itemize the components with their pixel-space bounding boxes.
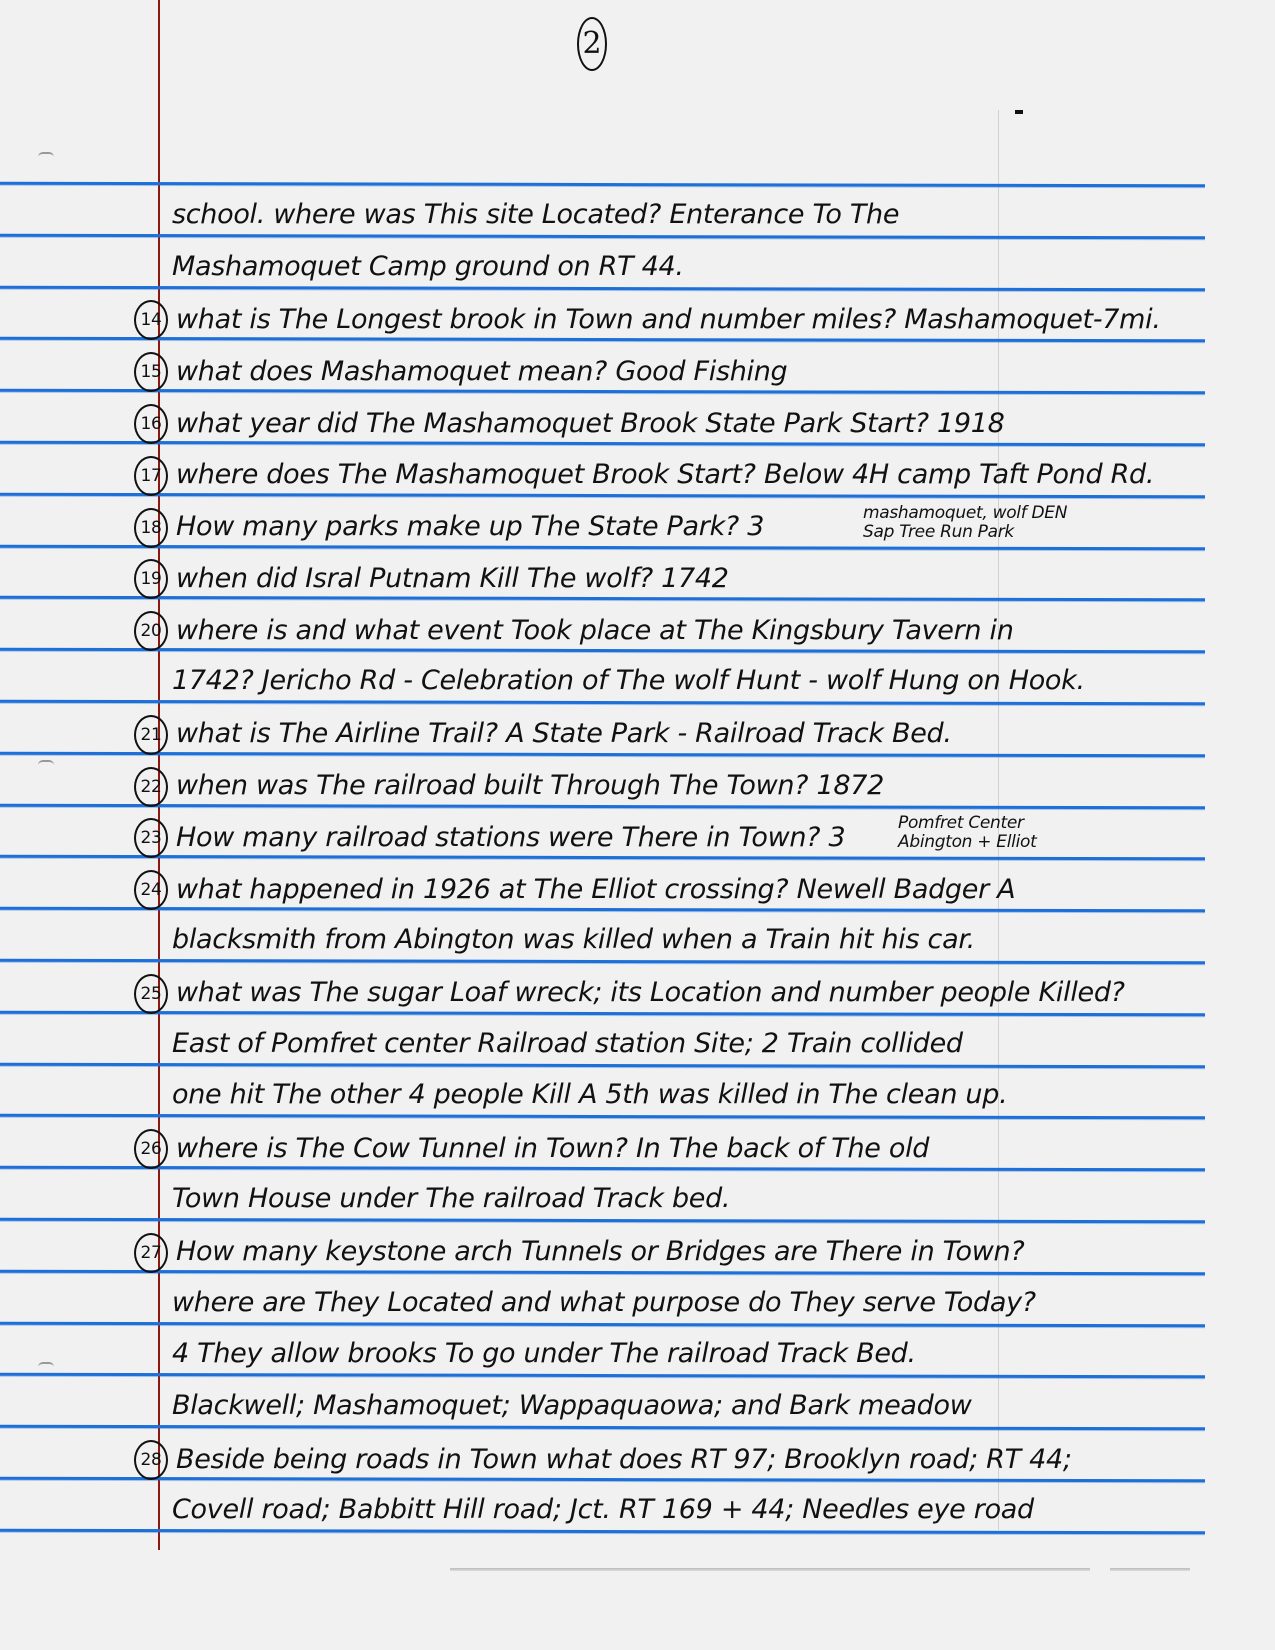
line-text: what was The sugar Loaf wreck; its Locat… <box>172 977 1125 1008</box>
question-line: 14what is The Longest brook in Town and … <box>168 300 1208 336</box>
line-text: where is The Cow Tunnel in Town? In The … <box>172 1133 929 1164</box>
ruled-line <box>0 1218 1205 1224</box>
ruled-line <box>0 648 1205 654</box>
continuation-line: blacksmith from Abington was killed when… <box>168 922 1208 958</box>
ruled-line <box>0 1321 1205 1327</box>
question-line: 20where is and what event Took place at … <box>168 611 1208 647</box>
line-text: East of Pomfret center Railroad station … <box>168 1028 963 1059</box>
question-line: 18How many parks make up The State Park?… <box>168 508 1208 544</box>
line-text: what is The Airline Trail? A State Park … <box>172 718 952 749</box>
line-text: Town House under The railroad Track bed. <box>168 1183 730 1214</box>
question-number: 16 <box>134 404 168 444</box>
ruled-line <box>0 1425 1205 1431</box>
question-line: 19when did Isral Putnam Kill The wolf? 1… <box>168 559 1208 595</box>
question-number: 26 <box>134 1129 168 1169</box>
ruled-line <box>0 389 1205 395</box>
margin-note: mashamoquet, wolf DENSap Tree Run Park <box>863 504 1067 542</box>
question-line: 17where does The Mashamoquet Brook Start… <box>168 456 1208 492</box>
line-text: what happened in 1926 at The Elliot cros… <box>172 874 1015 905</box>
line-text: Mashamoquet Camp ground on RT 44. <box>168 251 684 282</box>
margin-note: Pomfret CenterAbington + Elliot <box>898 814 1036 852</box>
ruled-line <box>0 700 1205 706</box>
ruled-line <box>0 1529 1205 1535</box>
question-number: 18 <box>134 508 168 548</box>
ruled-line <box>0 182 1205 188</box>
ruled-line <box>0 596 1205 602</box>
line-text: 1742? Jericho Rd - Celebration of The wo… <box>168 665 1085 696</box>
continuation-line: Mashamoquet Camp ground on RT 44. <box>168 249 1208 285</box>
question-number: 20 <box>134 611 168 651</box>
continuation-line: East of Pomfret center Railroad station … <box>168 1026 1208 1062</box>
question-number: 25 <box>134 974 168 1014</box>
line-text: How many parks make up The State Park? 3 <box>172 511 764 542</box>
question-line: 24what happened in 1926 at The Elliot cr… <box>168 870 1208 906</box>
ruled-line <box>0 803 1205 809</box>
line-text: blacksmith from Abington was killed when… <box>168 924 975 955</box>
ruled-line <box>0 752 1205 758</box>
question-line: 26where is The Cow Tunnel in Town? In Th… <box>168 1129 1208 1165</box>
margin-note-line: mashamoquet, wolf DEN <box>863 504 1067 523</box>
line-text: what does Mashamoquet mean? Good Fishing <box>172 356 787 387</box>
line-text: Blackwell; Mashamoquet; Wappaquaowa; and… <box>168 1390 972 1421</box>
question-number: 23 <box>134 818 168 858</box>
line-text: when was The railroad built Through The … <box>172 770 884 801</box>
line-text: Beside being roads in Town what does RT … <box>172 1444 1072 1475</box>
line-text: what is The Longest brook in Town and nu… <box>172 304 1161 335</box>
ruled-line <box>0 493 1205 499</box>
line-text: what year did The Mashamoquet Brook Stat… <box>172 408 1005 439</box>
line-text: How many railroad stations were There in… <box>172 822 845 853</box>
question-line: 22when was The railroad built Through Th… <box>168 767 1208 803</box>
question-number: 15 <box>134 352 168 392</box>
continuation-line: school. where was This site Located? Ent… <box>168 197 1208 233</box>
ruled-line <box>0 1062 1205 1068</box>
ruled-line <box>0 1477 1205 1483</box>
question-line: 16what year did The Mashamoquet Brook St… <box>168 404 1208 440</box>
question-number: 21 <box>134 715 168 755</box>
hole-mark <box>38 760 54 765</box>
ruled-line <box>0 907 1205 913</box>
ruled-line <box>0 1114 1205 1120</box>
continuation-line: Covell road; Babbitt Hill road; Jct. RT … <box>168 1492 1208 1528</box>
hole-mark <box>38 152 54 157</box>
margin-note-line: Abington + Elliot <box>898 833 1036 852</box>
ruled-line <box>0 855 1205 861</box>
line-text: where are They Located and what purpose … <box>168 1287 1036 1318</box>
ruled-line <box>0 441 1205 447</box>
line-text: one hit The other 4 people Kill A 5th wa… <box>168 1079 1007 1110</box>
ruled-line <box>0 234 1205 240</box>
line-text: Covell road; Babbitt Hill road; Jct. RT … <box>168 1494 1034 1525</box>
ruled-line <box>0 959 1205 965</box>
ruled-line <box>0 1011 1205 1017</box>
line-text: where does The Mashamoquet Brook Start? … <box>172 459 1154 490</box>
ruled-line <box>0 544 1205 550</box>
ruled-line <box>0 285 1205 291</box>
ruled-line <box>0 1373 1205 1379</box>
notebook-page: 2 school. where was This site Located? E… <box>0 0 1275 1650</box>
scan-smudge <box>1110 1568 1190 1571</box>
ruled-line <box>0 1270 1205 1276</box>
question-line: 25what was The sugar Loaf wreck; its Loc… <box>168 974 1208 1010</box>
continuation-line: 4 They allow brooks To go under The rail… <box>168 1336 1208 1372</box>
question-number: 14 <box>134 300 168 340</box>
continuation-line: 1742? Jericho Rd - Celebration of The wo… <box>168 663 1208 699</box>
continuation-line: where are They Located and what purpose … <box>168 1285 1208 1321</box>
hole-mark <box>38 1362 54 1367</box>
continuation-line: Blackwell; Mashamoquet; Wappaquaowa; and… <box>168 1388 1208 1424</box>
continuation-line: one hit The other 4 people Kill A 5th wa… <box>168 1077 1208 1113</box>
question-number: 19 <box>134 559 168 599</box>
line-text: How many keystone arch Tunnels or Bridge… <box>172 1236 1024 1267</box>
question-line: 27How many keystone arch Tunnels or Brid… <box>168 1233 1208 1269</box>
margin-note-line: Sap Tree Run Park <box>863 523 1067 542</box>
question-number: 17 <box>134 456 168 496</box>
question-number: 22 <box>134 767 168 807</box>
question-line: 23How many railroad stations were There … <box>168 818 1208 854</box>
margin-note-line: Pomfret Center <box>898 814 1036 833</box>
scan-smudge <box>450 1568 1090 1571</box>
ruled-line <box>0 1166 1205 1172</box>
question-number: 24 <box>134 870 168 910</box>
ink-speck <box>1015 110 1023 114</box>
line-text: 4 They allow brooks To go under The rail… <box>168 1338 916 1369</box>
line-text: where is and what event Took place at Th… <box>172 615 1014 646</box>
question-line: 21what is The Airline Trail? A State Par… <box>168 715 1208 751</box>
ruled-line <box>0 337 1205 343</box>
line-text: school. where was This site Located? Ent… <box>168 199 899 230</box>
question-number: 27 <box>134 1233 168 1273</box>
page-number: 2 <box>577 17 607 71</box>
continuation-line: Town House under The railroad Track bed. <box>168 1181 1208 1217</box>
question-number: 28 <box>134 1440 168 1480</box>
question-line: 15what does Mashamoquet mean? Good Fishi… <box>168 352 1208 388</box>
line-text: when did Isral Putnam Kill The wolf? 174… <box>172 563 729 594</box>
question-line: 28Beside being roads in Town what does R… <box>168 1440 1208 1476</box>
